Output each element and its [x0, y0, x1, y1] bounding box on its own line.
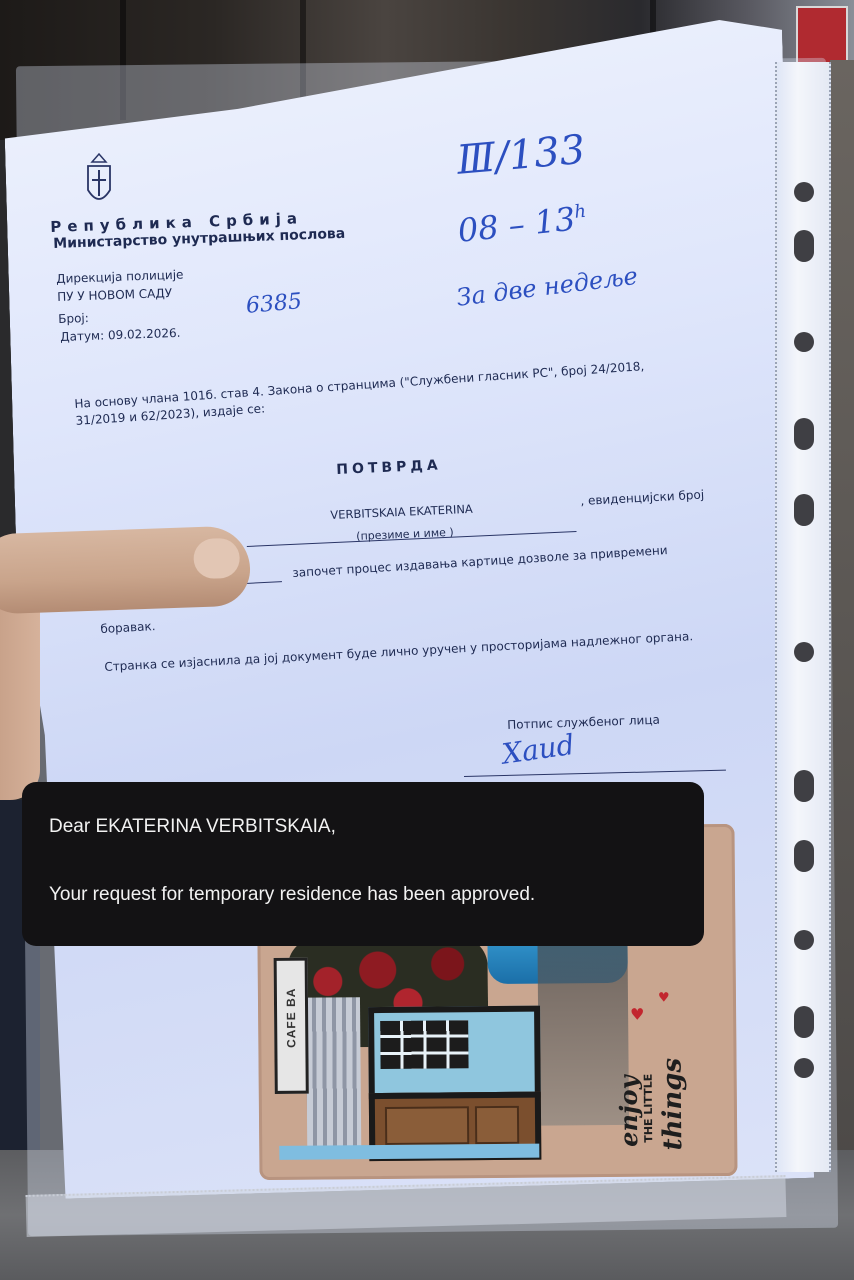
date-line: Датум: 09.02.2026. [60, 326, 181, 344]
heart-icon: ♥ [658, 990, 670, 1005]
handwritten-signature: Xaud [500, 728, 576, 771]
handwritten-hours: 08 – 13h [456, 198, 589, 249]
header-directorate: Дирекција полиције [56, 268, 184, 286]
window-grid [380, 1020, 468, 1069]
coat-of-arms-icon [84, 152, 114, 210]
handwritten-note: За две недеље [455, 262, 639, 312]
heart-icon: ♥ [630, 1005, 645, 1024]
legal-basis: На основу члана 101б. став 4. Закона о с… [74, 358, 646, 430]
thumb [0, 525, 251, 614]
signature-line [464, 770, 726, 777]
thumbnail [193, 538, 240, 580]
evidence-number-label: , евиденцијски број [580, 488, 704, 508]
quote-text: enjoy THE LITTLE things [613, 1054, 704, 1145]
header-office: ПУ У НОВОМ САДУ [57, 286, 172, 304]
name-caption: (презиме и име ) [356, 526, 454, 543]
quote-line-2: THE LITTLE [642, 1074, 656, 1143]
quote-line-1: enjoy [614, 1075, 644, 1147]
caption-overlay: Dear EKATERINA VERBITSKAIA, Your request… [22, 782, 704, 946]
overlay-message: Your request for temporary residence has… [49, 884, 535, 906]
striped-wall [306, 997, 361, 1147]
cafe-sign: CAFE BA [274, 958, 309, 1094]
handwritten-number: 6385 [245, 289, 303, 319]
door-panel [385, 1106, 469, 1145]
window-illustration [368, 1006, 541, 1099]
delivery-text: Странка се изјаснила да јој документ буд… [104, 629, 693, 674]
date-value: 09.02.2026. [108, 326, 181, 343]
document-title: ПОТВРДА [336, 457, 442, 478]
process-end: боравак. [100, 619, 156, 636]
hours-value: 08 – 13 [456, 200, 577, 250]
step-illustration [279, 1144, 539, 1160]
number-label: Број: [58, 311, 89, 326]
overlay-greeting: Dear EKATERINA VERBITSKAIA, [49, 816, 336, 838]
cafe-sign-text: CAFE BA [284, 976, 299, 1060]
date-label: Датум: [60, 328, 104, 344]
signature-label: Потпис службеног лица [507, 713, 660, 732]
process-text: започет процес издавања картице дозволе … [292, 543, 668, 580]
door-panel [475, 1106, 519, 1144]
hours-suffix: h [573, 201, 587, 223]
quote-line-3: things [657, 1058, 688, 1151]
handwritten-room: Ⅲ/133 [455, 127, 587, 184]
